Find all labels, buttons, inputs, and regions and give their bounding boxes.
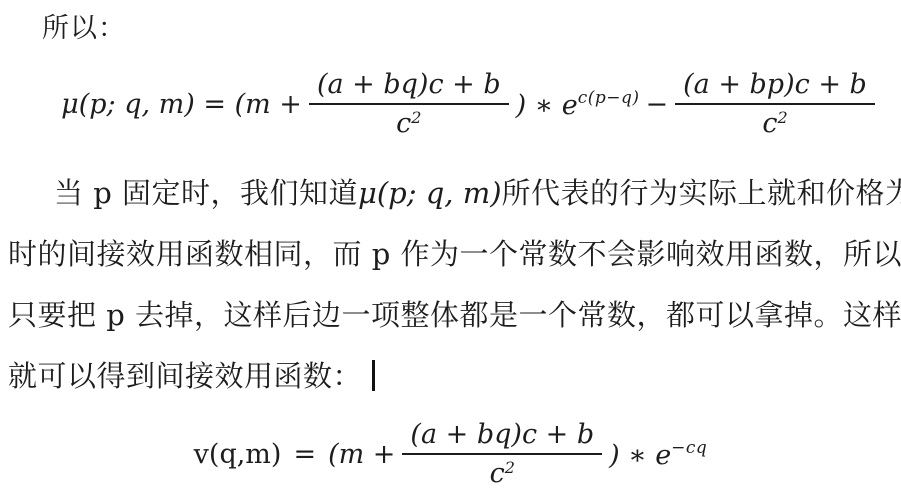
denominator-base: c xyxy=(396,108,411,139)
formula-mu: μ(p; q, m) = (m + (a + bq)c + b c2 ) ∗ e… xyxy=(0,56,901,152)
formula-mu-lhs: μ(p; q, m) = (m + xyxy=(61,89,302,120)
denominator-exponent: 2 xyxy=(505,458,515,477)
formula-v-exponential-term: ) ∗ e−cq xyxy=(609,438,707,471)
formula-mu-fraction-1: (a + bq)c + b c2 xyxy=(309,69,509,139)
paragraph-line-2: 时的间接效用函数相同，而 p 作为一个常数不会影响效用函数，所以 xyxy=(8,224,897,285)
formula-v-fraction: (a + bq)c + b c2 xyxy=(402,419,602,489)
paragraph-line-1: 当 p 固定时，我们知道μ(p; q, m)所代表的行为实际上就和价格为 q xyxy=(8,163,897,224)
fraction-denominator: c2 xyxy=(396,105,421,139)
body-paragraph: 当 p 固定时，我们知道μ(p; q, m)所代表的行为实际上就和价格为 q 时… xyxy=(8,163,897,407)
formula-mu-fraction-2: (a + bp)c + b c2 xyxy=(675,69,875,139)
fraction-numerator: (a + bp)c + b xyxy=(675,69,875,105)
exponent-c-p-minus-q: c(p−q) xyxy=(578,88,640,108)
formula-v-open: (m + xyxy=(328,439,395,470)
formula-mu-exponential-term: ) ∗ ec(p−q) xyxy=(516,88,640,121)
minus-sign: − xyxy=(645,89,668,120)
paragraph-line-4: 就可以得到间接效用函数： xyxy=(8,346,897,407)
close-paren-times-e: ) ∗ e xyxy=(516,90,578,121)
denominator-exponent: 2 xyxy=(411,108,421,127)
denominator-exponent: 2 xyxy=(777,108,787,127)
inline-math-mu: μ(p; q, m) xyxy=(358,176,502,210)
denominator-base: c xyxy=(490,458,505,489)
fraction-numerator: (a + bq)c + b xyxy=(309,69,509,105)
intro-text: 所以： xyxy=(42,6,126,45)
formula-v-lhs: v(q,m) xyxy=(194,439,282,470)
formula-v: v(q,m) = (m + (a + bq)c + b c2 ) ∗ e−cq xyxy=(0,406,901,500)
fraction-denominator: c2 xyxy=(490,455,515,489)
line4-text: 就可以得到间接效用函数： xyxy=(8,359,362,393)
fraction-numerator: (a + bq)c + b xyxy=(402,419,602,455)
text-cursor xyxy=(372,360,375,391)
close-paren-times-e: ) ∗ e xyxy=(609,440,671,471)
fraction-denominator: c2 xyxy=(762,105,787,139)
line1-text-post: 所代表的行为实际上就和价格为 q xyxy=(502,176,901,210)
line1-text-pre: 当 p 固定时，我们知道 xyxy=(54,176,358,210)
equals-sign: = xyxy=(293,439,316,470)
exponent-minus-cq: −cq xyxy=(671,438,707,458)
document-page: 所以： μ(p; q, m) = (m + (a + bq)c + b c2 )… xyxy=(0,0,901,500)
denominator-base: c xyxy=(762,108,777,139)
paragraph-line-3: 只要把 p 去掉，这样后边一项整体都是一个常数，都可以拿掉。这样 xyxy=(8,285,897,346)
